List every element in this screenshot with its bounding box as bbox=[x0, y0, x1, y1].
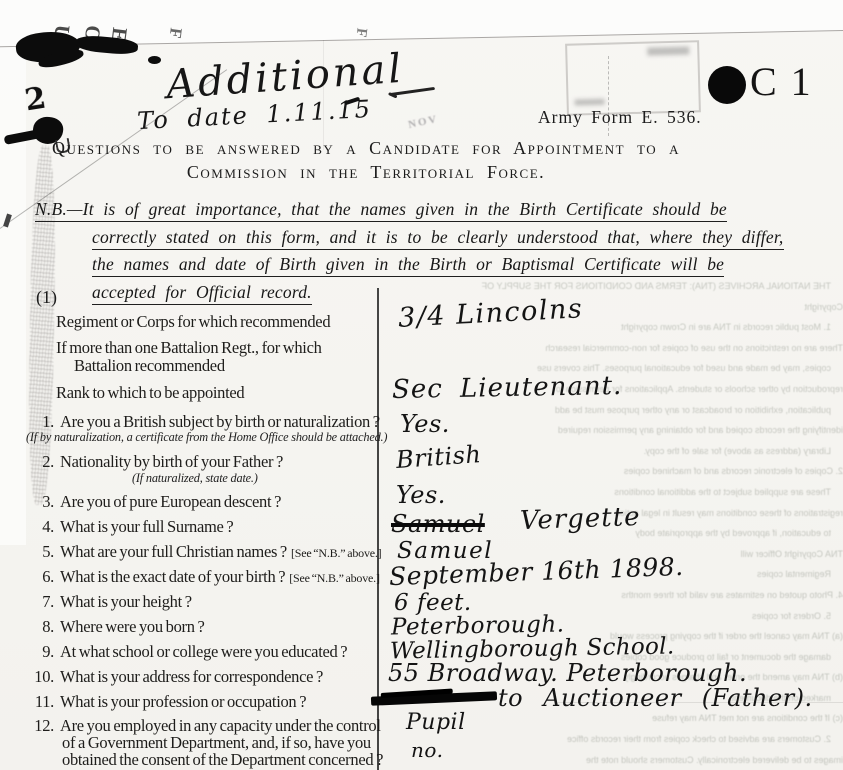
question-4: 4.What is your full Surname ? bbox=[30, 517, 233, 537]
stamp-smudge bbox=[647, 47, 689, 56]
question-6: 6.What is the exact date of your birth ?… bbox=[30, 567, 380, 587]
question-battalion-cont: Battalion recommended bbox=[74, 356, 225, 376]
form-title-line1: Questions to be answered by a Candidate … bbox=[26, 138, 706, 159]
question-number: 4. bbox=[30, 517, 54, 537]
answer-4: Vergette bbox=[520, 502, 642, 536]
question-7: 7.What is your height ? bbox=[30, 592, 192, 612]
edge-letter-icon: F bbox=[352, 27, 370, 38]
answer-7: 6 feet. bbox=[394, 590, 472, 616]
question-number: 3. bbox=[30, 492, 54, 512]
question-number: 6. bbox=[30, 567, 54, 587]
question-10: 10.What is your address for corresponden… bbox=[30, 667, 323, 687]
answer-2: British bbox=[395, 440, 482, 474]
question-1: 1.Are you a British subject by birth or … bbox=[30, 412, 380, 432]
form-title-line2: Commission in the Territorial Force. bbox=[26, 162, 706, 183]
question-3: 3.Are you of pure European descent ? bbox=[30, 492, 281, 512]
question-number: 12. bbox=[30, 716, 54, 736]
question-8: 8.Where were you born ? bbox=[30, 617, 205, 637]
answer-3: Yes. bbox=[396, 481, 446, 509]
answer-12: no. bbox=[411, 738, 443, 762]
question-number: 5. bbox=[30, 542, 54, 562]
question-regiment: Regiment or Corps for which recommended bbox=[56, 312, 330, 332]
answer-10: 55 Broadway. Peterborough. bbox=[388, 659, 747, 687]
question-2-note: (If naturalized, state date.) bbox=[132, 471, 258, 486]
question-number: 10. bbox=[30, 667, 54, 687]
nb-notice: N.B.—It is of great importance, that the… bbox=[35, 199, 784, 309]
question-number: 2. bbox=[30, 452, 54, 472]
see-nb-note: [See “N.B.” above.] bbox=[289, 571, 380, 585]
ink-blot bbox=[148, 56, 161, 64]
corner-mark-c1: C 1 bbox=[750, 58, 813, 105]
question-battalion: If more than one Battalion Regt., for wh… bbox=[56, 338, 322, 358]
left-scan-margin bbox=[0, 0, 26, 545]
question-number: 1. bbox=[30, 412, 54, 432]
answer-11-pupil: Pupil bbox=[406, 710, 466, 735]
question-5: 5.What are your full Christian names ?[S… bbox=[30, 542, 381, 562]
answer-11: to Auctioneer (Father). bbox=[498, 684, 813, 712]
question-rank: Rank to which to be appointed bbox=[56, 383, 244, 403]
answer-4-struck-word: Samuel bbox=[391, 510, 485, 538]
question-2: 2.Nationality by birth of your Father ? bbox=[30, 452, 283, 472]
question-number: 7. bbox=[30, 592, 54, 612]
question-12-cont: obtained the consent of the Department c… bbox=[62, 750, 383, 770]
section-number: (1) bbox=[36, 287, 57, 308]
handwritten-page-mark: 2 bbox=[22, 81, 48, 119]
form-number: Army Form E. 536. bbox=[538, 107, 702, 128]
question-number: 11. bbox=[30, 692, 54, 712]
black-dot-icon bbox=[708, 66, 746, 104]
see-nb-note: [See “N.B.” above.] bbox=[291, 546, 382, 560]
scanned-army-form: U O E F F 2 Additional To date 1.11.15 N… bbox=[0, 0, 843, 770]
nov-stamp-text: NOV bbox=[407, 113, 439, 131]
stamp-smudge bbox=[575, 99, 605, 106]
faded-date-stamp bbox=[565, 40, 701, 115]
answer-1: Yes. bbox=[400, 410, 450, 438]
question-number: 9. bbox=[30, 642, 54, 662]
question-1-note: (If by naturalization, a certificate fro… bbox=[26, 430, 387, 445]
question-number: 8. bbox=[30, 617, 54, 637]
question-9: 9.At what school or college were you edu… bbox=[30, 642, 347, 662]
question-11: 11.What is your profession or occupation… bbox=[30, 692, 306, 712]
answer-rank: Sec Lieutenant. bbox=[392, 371, 623, 405]
